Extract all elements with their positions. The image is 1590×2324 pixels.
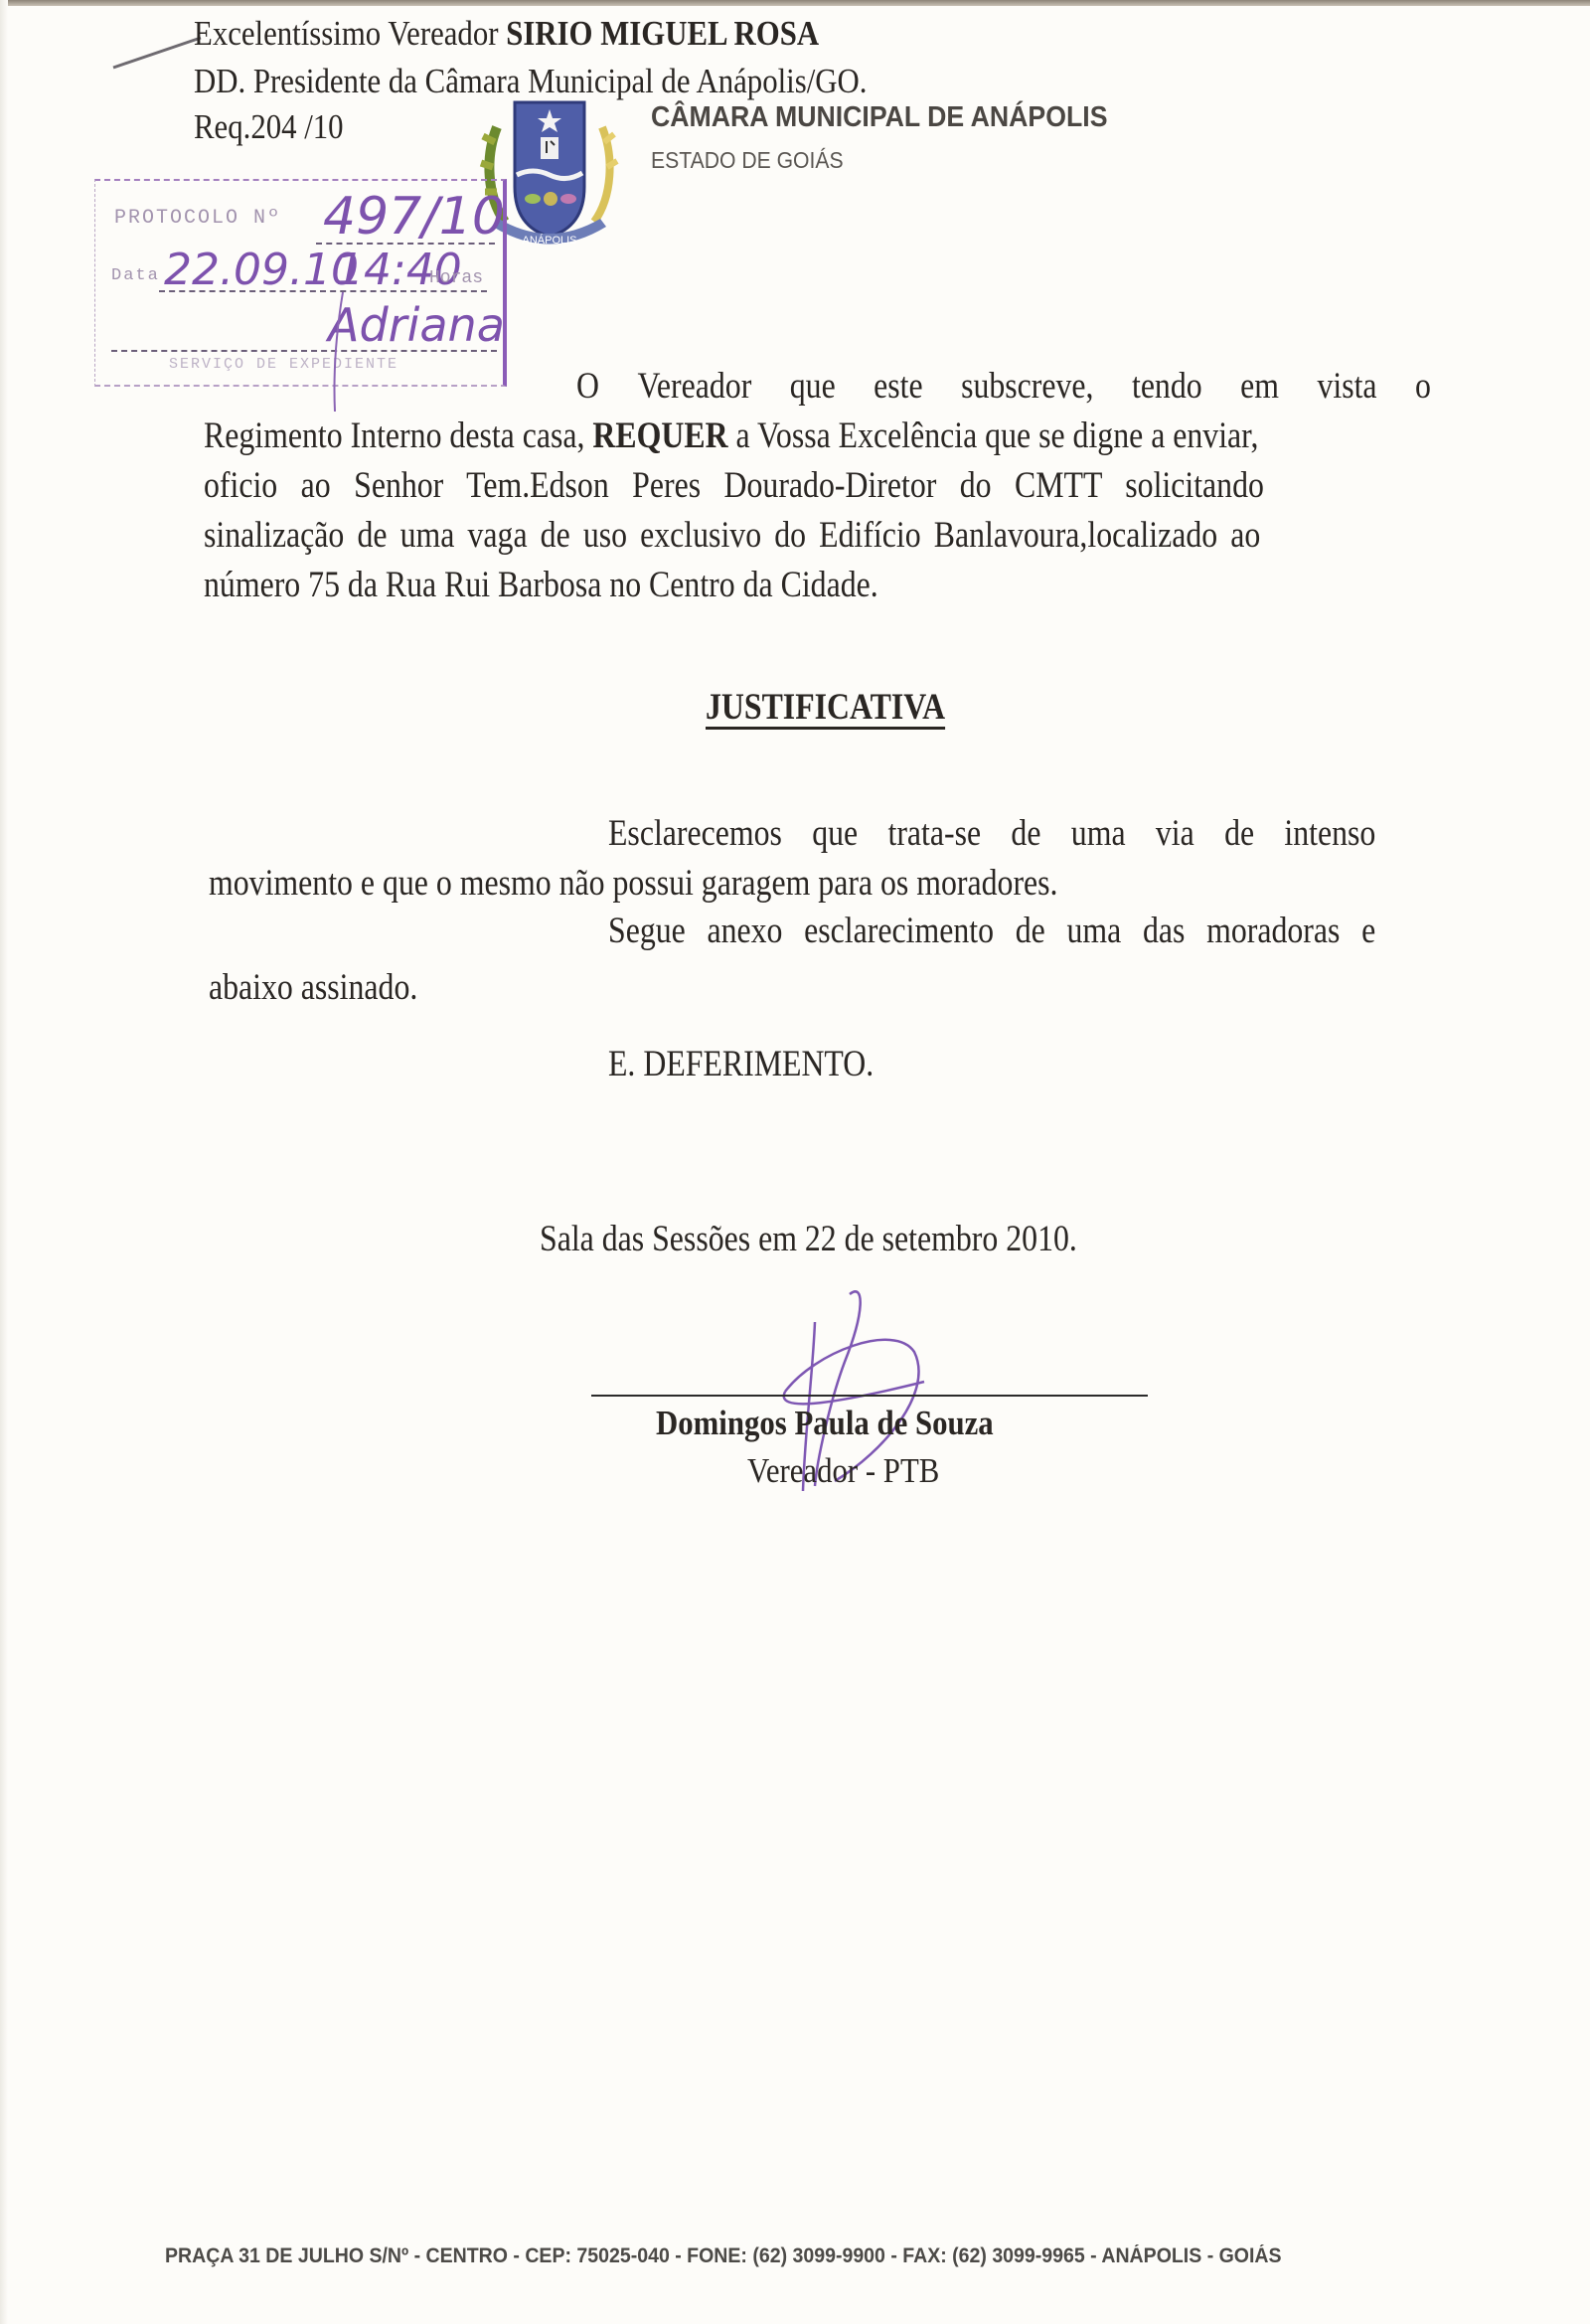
stamp-time-label: Horas (429, 268, 483, 288)
stamp-protocol-number: 497/10 (323, 187, 505, 247)
dateline: Sala das Sessões em 22 de setembro 2010. (540, 1221, 1077, 1257)
request-number: Req.204 /10 (194, 109, 344, 144)
request-line-2-pre: Regimento Interno desta casa, (204, 415, 592, 456)
signatory-role: Vereador - PTB (747, 1451, 939, 1491)
letterhead-footer-address: PRAÇA 31 DE JULHO S/Nº - CENTRO - CEP: 7… (165, 2244, 1282, 2268)
justification-line-1: Esclarecemos que trata-se de uma via de … (608, 815, 1375, 852)
request-line-1-text: OVereadorqueestesubscreve,tendoemvistao (576, 368, 1431, 405)
justification-line-4: abaixo assinado. (209, 969, 417, 1006)
letterhead-title: CÂMARA MUNICIPAL DE ANÁPOLIS (651, 101, 1107, 134)
justification-line-3: Segue anexo esclarecimento de uma das mo… (608, 913, 1375, 949)
stamp-signature-stroke-icon (323, 288, 353, 417)
request-line-3: oficio ao Senhor Tem.Edson Peres Dourado… (204, 467, 1264, 504)
scan-edge-top (0, 0, 1590, 6)
addressee-line-1: Excelentíssimo Vereador SIRIO MIGUEL ROS… (194, 16, 819, 51)
stamp-protocol-label: PROTOCOLO Nº (114, 207, 281, 230)
justification-line-2: movimento e que o mesmo não possui garag… (209, 865, 1058, 902)
letterhead-subtitle: ESTADO DE GOIÁS (651, 147, 844, 174)
stamp-footer-label: SERVIÇO DE EXPEDIENTE (169, 356, 398, 373)
justification-heading: JUSTIFICATIVA (706, 686, 945, 729)
request-line-4: sinalização de uma vaga de uso exclusivo… (204, 517, 1260, 554)
request-line-2-post: a Vossa Excelência que se digne a enviar… (728, 415, 1259, 456)
request-line-5: número 75 da Rua Rui Barbosa no Centro d… (204, 567, 878, 603)
request-line-2: Regimento Interno desta casa, REQUER a V… (204, 417, 1258, 454)
stamp-signature: Adriana (328, 298, 505, 352)
stamp-date-label: Data (111, 266, 160, 285)
signatory-name: Domingos Paula de Souza (656, 1404, 994, 1443)
request-line-1: OVereadorqueestesubscreve,tendoemvistao (576, 368, 1445, 405)
scan-edge-left (0, 0, 8, 2324)
addressee-salutation: Excelentíssimo Vereador (194, 14, 506, 53)
request-verb: REQUER (592, 415, 727, 456)
closing-formula: E. DEFERIMENTO. (608, 1046, 874, 1082)
addressee-name: SIRIO MIGUEL ROSA (506, 14, 819, 53)
svg-text:ANÁPOLIS: ANÁPOLIS (522, 234, 576, 247)
signature-line (591, 1395, 1148, 1397)
